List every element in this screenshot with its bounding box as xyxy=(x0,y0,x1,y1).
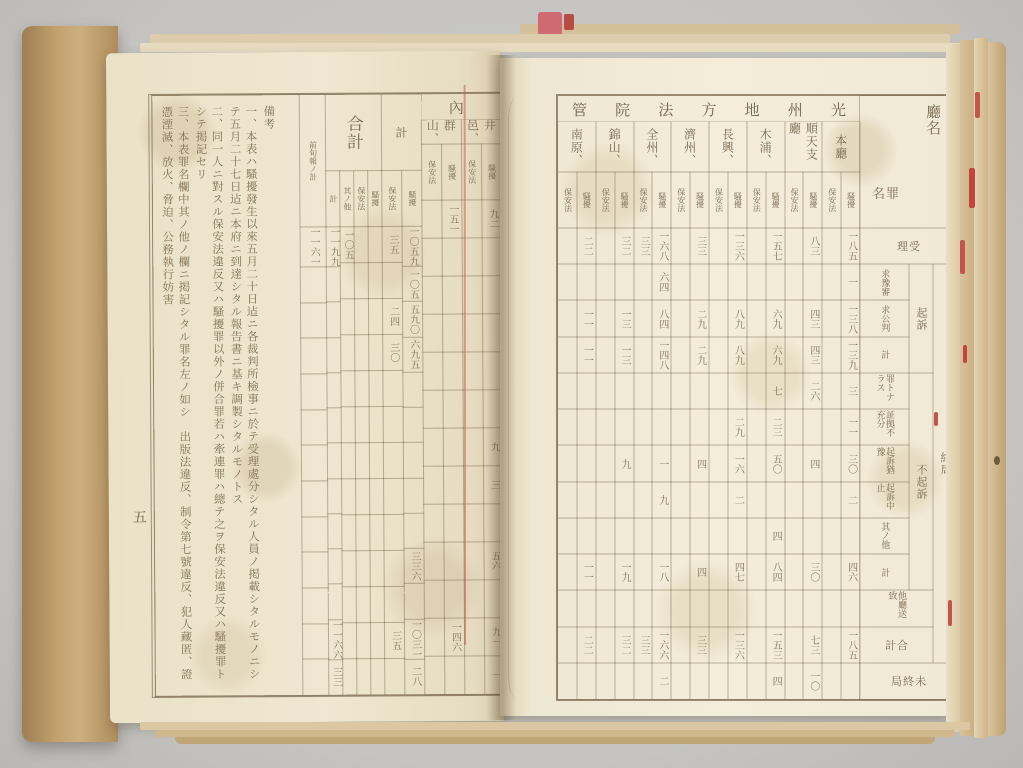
crime-sublabel-cell: 保安法 xyxy=(422,144,442,200)
cell-value: 一五三 xyxy=(770,630,780,660)
cell-value: 三〇 xyxy=(846,454,856,474)
crime-subcolumn: 一〇五九一〇五五九〇六九五三三六一〇三一二八 xyxy=(402,226,425,694)
cell-value: 三五 xyxy=(387,234,397,254)
left-page: 內井邑、騷擾保安法九二九三五六九一一群山、騷擾保安法一五一一四六計騷擾保安法一〇… xyxy=(106,51,504,723)
data-cell: 四 xyxy=(803,445,822,481)
office-header-label: 廳名 xyxy=(922,104,943,136)
data-cell xyxy=(385,658,405,694)
title-char: 方 xyxy=(701,99,716,120)
data-cell xyxy=(558,663,577,699)
crime-subcolumn xyxy=(558,228,577,699)
data-cell xyxy=(443,352,463,390)
crime-sublabel: 騷擾 xyxy=(847,192,855,208)
data-cell xyxy=(785,627,804,663)
data-cell: 二六 xyxy=(803,373,822,409)
data-cell xyxy=(803,482,822,518)
data-cell xyxy=(634,445,653,481)
data-cell xyxy=(709,518,728,554)
data-cell xyxy=(671,228,690,264)
red-edge-mark xyxy=(960,240,965,274)
data-cell xyxy=(404,478,424,513)
data-cell xyxy=(355,371,369,407)
data-cell xyxy=(422,200,442,238)
non-prosecution-group-text: 不起訴 xyxy=(913,464,929,500)
data-cell xyxy=(326,267,340,302)
data-cell: 三二 xyxy=(615,627,634,663)
crime-sublabel: 保安法 xyxy=(714,188,722,212)
red-edge-mark xyxy=(969,168,975,208)
data-cell: 九 xyxy=(652,482,671,518)
data-cell xyxy=(577,518,596,554)
data-cell xyxy=(747,518,766,554)
data-cell xyxy=(422,276,442,314)
cell-value: 二九 xyxy=(695,309,705,329)
data-cell xyxy=(596,445,615,481)
data-cell: 一六六 xyxy=(652,627,671,663)
data-cell xyxy=(671,663,690,699)
row-label-text: 罪トナラス xyxy=(875,374,894,408)
page-edge-strip xyxy=(155,730,955,737)
data-cell xyxy=(342,587,356,623)
crime-sublabel: 保安法 xyxy=(639,188,647,212)
data-cell xyxy=(577,482,596,518)
data-cell xyxy=(785,300,804,336)
office-data: 一〇五一一九九一一六六三三 xyxy=(326,227,385,695)
cell-value: 一三 xyxy=(619,345,629,365)
data-cell xyxy=(326,302,340,337)
cell-value: 一〇 xyxy=(808,671,818,691)
cell-value: 三〇 xyxy=(388,342,398,362)
data-cell xyxy=(328,549,342,584)
data-cell: 一三六 xyxy=(728,228,747,264)
crime-sublabel: 騷擾 xyxy=(582,192,590,208)
data-cell xyxy=(464,618,484,656)
data-cell xyxy=(709,445,728,481)
data-cell xyxy=(841,590,860,626)
crime-sublabel-row: 騷擾保安法 xyxy=(747,172,785,228)
cell-value: 一〇三一 xyxy=(409,619,419,659)
data-cell xyxy=(785,409,804,445)
cell-value: 一 xyxy=(657,459,667,469)
data-cell xyxy=(423,352,443,390)
data-cell xyxy=(709,482,728,518)
data-cell xyxy=(596,590,615,626)
data-cell: 一三八 xyxy=(841,300,860,336)
cell-value: 一八五 xyxy=(846,630,856,660)
cell-value: 九 xyxy=(619,459,629,469)
data-cell: 一四八 xyxy=(652,337,671,373)
data-cell xyxy=(728,663,747,699)
cell-value: 三三 xyxy=(638,635,648,655)
crime-sublabel: 騷擾 xyxy=(408,190,416,206)
cell-value: 一一九九 xyxy=(328,227,338,267)
data-cell xyxy=(425,656,445,694)
data-cell xyxy=(354,263,368,299)
row-label-text: 他廳送致 xyxy=(887,591,906,625)
crime-sublabel-cell: 計 xyxy=(326,171,340,227)
crime-sublabel-cell: 保安法 xyxy=(354,171,368,227)
cell-value: 一一六一 xyxy=(308,227,318,267)
bookmark-tab-icon xyxy=(538,12,562,34)
data-cell: 八四 xyxy=(652,300,671,336)
data-cell xyxy=(596,228,615,264)
crime-sublabel-cell: 保安法 xyxy=(558,172,577,228)
label-char: 名 xyxy=(872,183,885,202)
red-edge-mark xyxy=(948,600,952,626)
crime-sublabel: 騷擾 xyxy=(448,164,456,180)
data-cell xyxy=(822,627,841,663)
row-label: 計 xyxy=(860,554,909,590)
row-label-column: 廳名罪名受理終局起訴求豫審求公判計不起訴罪トナラス証拠不充分起訴猶豫起訴中止其ノ… xyxy=(860,96,957,699)
data-cell xyxy=(596,337,615,373)
row-label: 求豫審 xyxy=(860,264,909,300)
cell-value: 二六 xyxy=(808,381,818,401)
data-cell xyxy=(368,227,382,263)
data-cell xyxy=(671,337,690,373)
cell-value: 三二 xyxy=(619,236,629,256)
data-cell xyxy=(463,428,483,466)
cell-value: 一四八 xyxy=(657,340,667,370)
row-label-souchi: 他廳送致 xyxy=(860,590,933,626)
data-cell xyxy=(369,335,383,371)
data-cell: 八九 xyxy=(728,300,747,336)
bookmark-tab-icon xyxy=(564,14,574,30)
crime-sublabel-cell: 保安法 xyxy=(747,172,766,228)
data-cell: 二 xyxy=(652,663,671,699)
cell-value: 七 xyxy=(770,386,780,396)
cell-value: 八九 xyxy=(732,345,742,365)
data-cell xyxy=(423,390,443,428)
prev-report-column: 前旬報ノ計一一六一 xyxy=(299,95,329,695)
office-data: 三三二九二九四四三三 xyxy=(671,228,709,699)
data-cell xyxy=(302,552,328,588)
data-cell xyxy=(465,656,485,694)
data-cell xyxy=(444,504,464,542)
crime-subcolumn: 三三三三 xyxy=(634,228,653,699)
data-cell: 一一九九 xyxy=(326,227,340,267)
data-cell: 二二 xyxy=(577,228,596,264)
row-label: 計 xyxy=(860,337,909,373)
crime-sublabel: 保安法 xyxy=(601,188,609,212)
office-column: 順天支廳騷擾保安法八三四三四三二六四三〇七三一〇 xyxy=(785,122,823,699)
data-cell: 三〇 xyxy=(383,334,403,370)
data-cell xyxy=(368,299,382,335)
data-cell xyxy=(371,659,385,695)
data-cell: 四三 xyxy=(803,300,822,336)
row-label: 証拠不充分 xyxy=(860,409,909,445)
data-cell xyxy=(558,337,577,373)
data-cell xyxy=(463,466,483,504)
title-char: 州 xyxy=(788,99,803,120)
crime-sublabel-cell: 騷擾 xyxy=(841,172,860,228)
cell-value: 三〇 xyxy=(808,562,818,582)
cell-value: 二九 xyxy=(695,345,705,365)
office-column: 南原、騷擾保安法二二一一一一一一二二 xyxy=(558,122,596,699)
data-cell xyxy=(558,554,577,590)
office-name-cell: 計 xyxy=(381,94,421,170)
office-name-label: 群山、 xyxy=(424,119,458,145)
data-cell: 三三 xyxy=(634,228,653,264)
row-label: 起訴猶豫 xyxy=(860,445,909,481)
cell-value: 一〇五九 xyxy=(407,226,417,266)
data-cell: 一三六 xyxy=(728,627,747,663)
office-column: 群山、騷擾保安法一五一一四六 xyxy=(421,94,465,694)
data-cell xyxy=(652,518,671,554)
data-cell: 六四 xyxy=(652,264,671,300)
data-cell xyxy=(328,478,342,513)
cell-value: 八四 xyxy=(770,562,780,582)
cell-value: 二八 xyxy=(410,667,420,687)
data-cell xyxy=(357,659,371,695)
cell-value: 九 xyxy=(657,495,667,505)
cell-value: 一一 xyxy=(581,345,591,365)
title-char: 地 xyxy=(745,99,760,120)
crime-subcolumn xyxy=(709,228,728,699)
row-label-text: 求公判 xyxy=(880,305,889,332)
data-cell: 八四 xyxy=(766,554,785,590)
cell-value: 四 xyxy=(808,459,818,469)
data-cell xyxy=(785,228,804,264)
cell-value: 三 xyxy=(846,386,856,396)
crime-sublabel-row: 騷擾保安法 xyxy=(634,172,672,228)
crime-sublabel-row: 騷擾保安法其ノ他計 xyxy=(326,171,382,227)
data-cell xyxy=(822,482,841,518)
data-cell xyxy=(300,267,326,303)
data-cell xyxy=(822,409,841,445)
data-cell xyxy=(728,518,747,554)
data-cell xyxy=(356,479,370,515)
data-cell xyxy=(671,264,690,300)
crime-subcolumn xyxy=(747,228,766,699)
cell-value: 一六八 xyxy=(657,231,667,261)
crime-sublabel-row: 騷擾保安法 xyxy=(785,172,823,228)
data-cell xyxy=(341,371,355,407)
crime-subcolumn xyxy=(671,228,690,699)
data-cell xyxy=(766,482,785,518)
remarks-item: 三、本表罪名欄中其ノ他ノ欄ニ掲記シタル罪名左ノ如シ 出版法違反、制令第七號違反、… xyxy=(158,106,194,690)
data-cell xyxy=(822,663,841,699)
page-edge-strip xyxy=(175,737,935,744)
data-cell: 三 xyxy=(841,373,860,409)
data-cell xyxy=(302,517,328,553)
title-char: 法 xyxy=(658,99,673,120)
data-cell xyxy=(370,587,384,623)
office-name-cell: 濟州、 xyxy=(671,122,709,172)
crime-sublabel-row: 騷擾保安法 xyxy=(709,172,747,228)
data-cell xyxy=(403,407,423,442)
crime-sublabel-cell: 騷擾 xyxy=(766,172,785,228)
data-cell xyxy=(369,443,383,479)
data-cell xyxy=(634,300,653,336)
data-cell: 四 xyxy=(766,518,785,554)
crime-subcolumn: 一五七六九六九七二三五〇四八四一五三四 xyxy=(766,228,785,699)
data-cell: 四七 xyxy=(728,554,747,590)
crime-sublabel-cell: 保安法 xyxy=(709,172,728,228)
crime-subcolumn: 三三二九二九四四三三 xyxy=(690,228,709,699)
page-edge-strip xyxy=(140,43,960,52)
data-cell xyxy=(785,264,804,300)
data-cell xyxy=(596,554,615,590)
data-cell xyxy=(445,656,465,694)
data-cell xyxy=(442,276,462,314)
crime-sublabel-cell: 騷擾 xyxy=(652,172,671,228)
office-column: 合計騷擾保安法其ノ他計一〇五一一九九一一六六三三 xyxy=(325,95,385,695)
cell-value: 四六 xyxy=(846,562,856,582)
data-cell xyxy=(301,338,327,374)
left-columns-wrap: 內井邑、騷擾保安法九二九三五六九一一群山、騷擾保安法一五一一四六計騷擾保安法一〇… xyxy=(299,94,505,695)
cell-value: 三二 xyxy=(619,635,629,655)
data-cell xyxy=(615,264,634,300)
data-cell: 三五 xyxy=(384,622,404,658)
right-office-columns: 本廳騷擾保安法一八五一一三八一三九三一一三〇二四六一八五順天支廳騷擾保安法八三四… xyxy=(558,122,860,699)
data-cell xyxy=(423,466,443,504)
crime-subcolumn: 一三六八九八九二九一六二四七一三六 xyxy=(728,228,747,699)
cell-value: 一四六 xyxy=(449,622,459,652)
data-cell xyxy=(558,228,577,264)
row-label-text: 計 xyxy=(880,568,889,577)
office-name-cell: 順天支廳 xyxy=(785,122,823,172)
data-cell xyxy=(785,482,804,518)
crime-sublabel-cell: 騷擾 xyxy=(728,172,747,228)
data-cell xyxy=(634,590,653,626)
data-cell: 六九 xyxy=(766,300,785,336)
crime-sublabel: 騷擾 xyxy=(371,191,379,207)
cell-value: 三三 xyxy=(331,667,341,687)
data-cell xyxy=(301,410,327,446)
data-cell xyxy=(596,373,615,409)
data-cell: 一〇五九 xyxy=(402,226,422,266)
crime-sublabel: 騷擾 xyxy=(620,192,628,208)
data-cell xyxy=(841,518,860,554)
crime-subcolumn: 一八五一一三八一三九三一一三〇二四六一八五 xyxy=(841,228,860,699)
office-column: 木浦、騷擾保安法一五七六九六九七二三五〇四八四一五三四 xyxy=(747,122,785,699)
non-prosecution-group-label: 不起訴 xyxy=(909,373,933,590)
data-cell: 一 xyxy=(841,264,860,300)
data-cell xyxy=(709,373,728,409)
data-cell: 一 xyxy=(652,445,671,481)
data-cell: 四 xyxy=(766,663,785,699)
data-cell xyxy=(558,373,577,409)
data-cell: 一五一 xyxy=(442,200,462,238)
cell-value: 二四 xyxy=(388,306,398,326)
data-cell xyxy=(424,618,444,656)
data-cell: 一五三 xyxy=(766,627,785,663)
cell-value: 四 xyxy=(695,459,705,469)
conclusion-group: 終局起訴求豫審求公判計不起訴罪トナラス証拠不充分起訴猶豫起訴中止其ノ他計他廳送致… xyxy=(860,264,957,663)
data-cell xyxy=(596,300,615,336)
data-cell xyxy=(444,580,464,618)
data-cell: 一四六 xyxy=(444,618,464,656)
crime-sublabel-row: 騷擾保安法 xyxy=(596,172,634,228)
cell-value: 二 xyxy=(732,495,742,505)
data-cell xyxy=(709,590,728,626)
crime-header-label: 罪名 xyxy=(872,183,899,202)
crime-sublabel: 保安法 xyxy=(752,188,760,212)
cell-value: 一三八 xyxy=(846,304,856,334)
row-label: 其ノ他 xyxy=(860,518,909,554)
data-cell xyxy=(368,263,382,299)
data-cell xyxy=(747,337,766,373)
cell-value: 八四 xyxy=(657,309,667,329)
data-cell xyxy=(803,409,822,445)
crime-sublabel-row: 騷擾保安法 xyxy=(822,172,860,228)
crime-subcolumn: 三五二四三〇三五 xyxy=(382,226,405,694)
data-cell xyxy=(442,238,462,276)
data-cell xyxy=(327,443,341,478)
cell-value: 一五一 xyxy=(447,204,457,234)
data-cell xyxy=(690,590,709,626)
cell-value: 一六六 xyxy=(657,630,667,660)
row-label-juri-label: 受理 xyxy=(897,238,920,254)
cell-value: 一三六 xyxy=(732,231,742,261)
data-cell xyxy=(558,445,577,481)
data-cell xyxy=(384,550,404,586)
data-cell: 四六 xyxy=(841,554,860,590)
data-cell xyxy=(342,623,356,659)
crime-subcolumn: 一一六一 xyxy=(300,227,329,695)
office-data: 一六八六四八四一四八一九一八一六六二三三三三 xyxy=(634,228,672,699)
data-cell xyxy=(596,663,615,699)
data-cell xyxy=(709,228,728,264)
data-cell: 一六八 xyxy=(652,228,671,264)
book-photo: 內井邑、騷擾保安法九二九三五六九一一群山、騷擾保安法一五一一四六計騷擾保安法一〇… xyxy=(0,0,1023,768)
data-cell xyxy=(822,445,841,481)
office-name-cell: 長興、 xyxy=(709,122,747,172)
crime-sublabel-cell: 保安法 xyxy=(596,172,615,228)
crime-sublabel: 其ノ他 xyxy=(343,187,351,211)
data-cell xyxy=(709,663,728,699)
cell-value: 二 xyxy=(657,676,667,686)
data-cell xyxy=(356,551,370,587)
office-data: 一三六八九八九二九一六二四七一三六 xyxy=(709,228,747,699)
conclusion-inner: 起訴求豫審求公判計不起訴罪トナラス証拠不充分起訴猶豫起訴中止其ノ他計他廳送致合計 xyxy=(860,264,933,663)
data-cell xyxy=(728,590,747,626)
data-cell xyxy=(369,371,383,407)
data-cell xyxy=(356,623,370,659)
label-char: 終 xyxy=(903,673,914,689)
data-cell: 三三 xyxy=(634,627,653,663)
cell-value: 四三 xyxy=(808,309,818,329)
data-cell xyxy=(747,482,766,518)
data-cell: 一〇五 xyxy=(402,266,422,301)
data-cell xyxy=(634,663,653,699)
data-cell xyxy=(383,442,403,478)
cell-value: 一九 xyxy=(619,562,629,582)
data-cell xyxy=(785,554,804,590)
data-cell: 四 xyxy=(690,445,709,481)
crime-sublabel-cell: 保安法 xyxy=(785,172,804,228)
data-cell xyxy=(341,407,355,443)
data-cell: 八九 xyxy=(728,337,747,373)
data-cell xyxy=(652,409,671,445)
data-cell: 三二 xyxy=(615,228,634,264)
data-cell xyxy=(785,337,804,373)
cell-value: 二九 xyxy=(732,417,742,437)
crime-sublabel-cell: 其ノ他 xyxy=(340,171,354,227)
cell-value: 一六 xyxy=(732,454,742,474)
data-cell: 一一 xyxy=(577,337,596,373)
label-char: 計 xyxy=(885,637,896,653)
data-cell xyxy=(615,373,634,409)
data-cell: 一一 xyxy=(841,409,860,445)
page-edge-strip xyxy=(988,42,1006,736)
data-cell xyxy=(577,373,596,409)
right-page: 廳名罪名受理終局起訴求豫審求公判計不起訴罪トナラス証拠不充分起訴猶豫起訴中止其ノ… xyxy=(500,58,950,716)
row-label-gokei: 合計 xyxy=(860,627,933,663)
data-cell xyxy=(355,443,369,479)
crime-sublabel-cell: 騷擾 xyxy=(803,172,822,228)
crime-sublabel: 計 xyxy=(329,195,337,203)
